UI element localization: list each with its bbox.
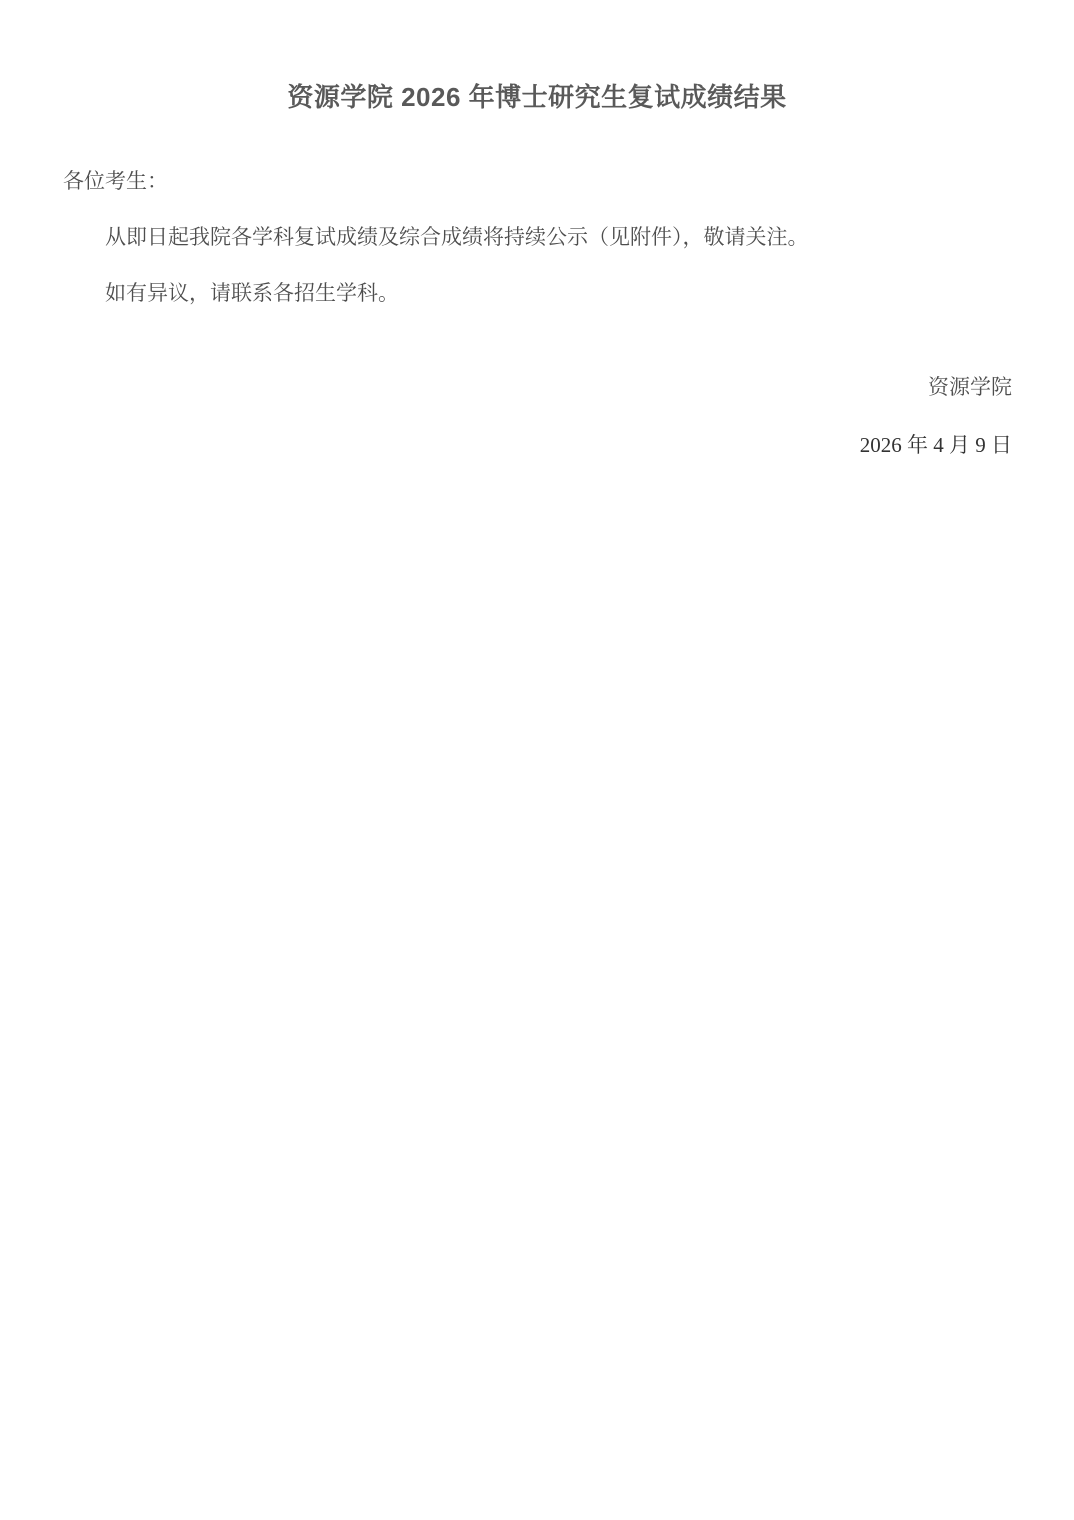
document-page: 资源学院 2026 年博士研究生复试成绩结果 各位考生： 从即日起我院各学科复试… — [0, 0, 1074, 1520]
document-title: 资源学院 2026 年博士研究生复试成绩结果 — [0, 0, 1074, 112]
signature-org: 资源学院 — [0, 374, 1074, 402]
salutation: 各位考生： — [0, 168, 1074, 196]
signature-date: 2026 年 4 月 9 日 — [0, 431, 1074, 459]
body-paragraph-2: 如有异议，请联系各招生学科。 — [0, 280, 1074, 308]
body-paragraph-1: 从即日起我院各学科复试成绩及综合成绩将持续公示（见附件），敬请关注。 — [0, 224, 1074, 252]
